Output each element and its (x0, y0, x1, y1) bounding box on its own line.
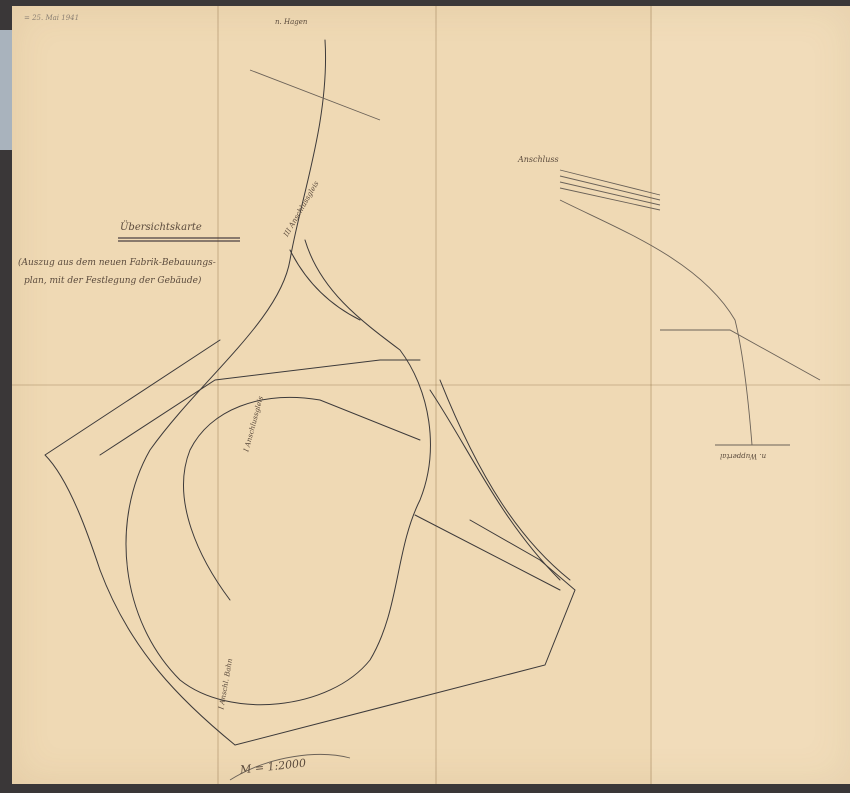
boundary-line (100, 570, 235, 745)
railway-track (430, 390, 560, 580)
map-drawing (0, 0, 850, 793)
title-underline (118, 238, 240, 241)
pencil-track (250, 70, 380, 120)
track-label-right-top: Anschluss (518, 155, 559, 164)
railway-track (290, 250, 360, 320)
track-label-top: n. Hagen (275, 18, 307, 26)
pencil-track (560, 200, 752, 445)
pencil-track (660, 330, 820, 380)
map-title: Übersichtskarte (120, 222, 202, 233)
corner-note: = 25. Mai 1941 (24, 14, 79, 22)
track-label-right-bottom: n. Wuppertal (720, 452, 766, 460)
map-subtitle-line1: (Auszug aus dem neuen Fabrik-Bebauungs- (18, 258, 216, 268)
boundary-line (235, 520, 575, 745)
railway-track (440, 380, 570, 580)
map-subtitle-line2: plan, mit der Festlegung der Gebäude) (24, 276, 201, 286)
boundary-line (415, 515, 560, 590)
railway-track (184, 397, 420, 600)
pencil-tracks (560, 170, 660, 210)
